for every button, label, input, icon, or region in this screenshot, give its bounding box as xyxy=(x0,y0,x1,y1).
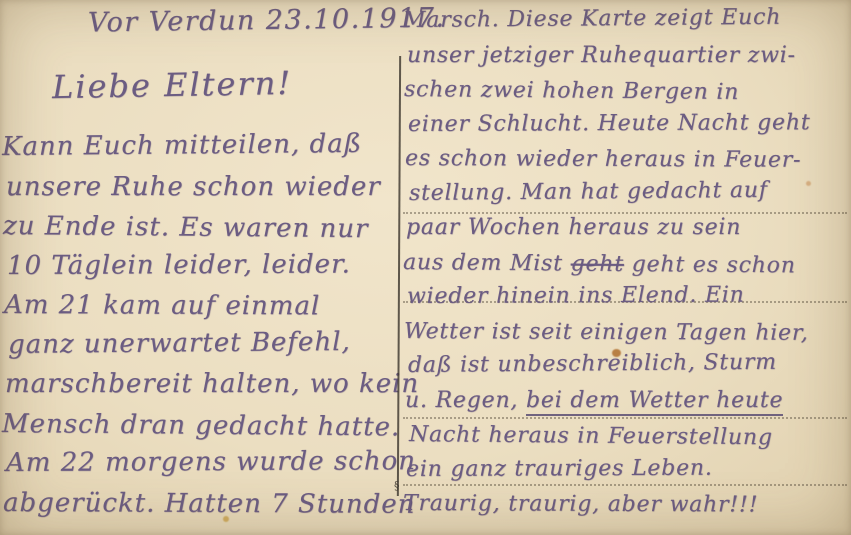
message-column-left: Kann Euch mitteilen, daßunsere Ruhe scho… xyxy=(4,128,428,523)
handwritten-line: ein ganz trauriges Leben. xyxy=(406,451,851,487)
handwritten-text-segment: wieder hinein ins Elend. Ein xyxy=(407,283,745,309)
handwritten-text-segment: bei dem Wetter heute xyxy=(526,388,783,416)
handwritten-text-segment: Wetter ist seit einigen Tagen hier, xyxy=(404,318,809,345)
handwritten-text-segment: Kann Euch mitteilen, daß xyxy=(2,129,362,162)
handwritten-line: Kann Euch mitteilen, daß xyxy=(2,124,426,167)
rust-stain xyxy=(612,349,621,357)
handwritten-line: stellung. Man hat gedacht auf xyxy=(409,173,851,211)
handwritten-text-segment: zu Ende ist. Es waren nur xyxy=(3,211,369,244)
divider-foot-mark: § xyxy=(394,479,400,492)
handwritten-text-segment: aus dem Mist xyxy=(403,249,571,275)
handwritten-text-segment: unser jetziger Ruhequartier zwi- xyxy=(407,43,796,68)
handwritten-text-segment: Am 22 morgens wurde schon xyxy=(6,446,416,478)
handwritten-text-segment: Marsch. Diese Karte zeigt Euch xyxy=(403,5,781,33)
handwritten-text-segment: ganz unerwartet Befehl, xyxy=(8,326,351,359)
handwritten-line: 10 Täglein leider, leider. xyxy=(7,245,431,286)
handwritten-text-segment: Am 21 kam auf einmal xyxy=(4,290,320,321)
postcard-back: Vor Verdun 23.10.1917. Liebe Eltern! Kan… xyxy=(0,0,851,535)
handwritten-line: ganz unerwartet Befehl, xyxy=(8,322,432,365)
handwritten-text-segment: geht es schon xyxy=(624,251,796,277)
handwritten-line: abgerückt. Hatten 7 Stunden xyxy=(3,483,427,524)
handwritten-line: einer Schlucht. Heute Nacht geht xyxy=(408,106,851,142)
handwritten-text-segment: ein ganz trauriges Leben. xyxy=(406,455,713,481)
handwritten-line: Traurig, traurig, aber wahr!!! xyxy=(403,487,849,523)
handwritten-line: zu Ende ist. Es waren nur xyxy=(3,207,427,250)
handwritten-text-segment: paar Wochen heraus zu sein xyxy=(406,215,741,240)
handwritten-line: marschbereit halten, wo kein xyxy=(5,365,429,405)
handwritten-line: daß ist unbeschreiblich, Sturm xyxy=(408,345,851,383)
handwritten-line: unser jetziger Ruhequartier zwi- xyxy=(407,39,851,74)
paper-spot xyxy=(806,181,811,186)
handwritten-line: Am 21 kam auf einmal xyxy=(4,286,428,327)
handwritten-line: unsere Ruhe schon wieder xyxy=(6,168,430,208)
handwritten-line: Am 22 morgens wurde schon xyxy=(6,442,430,483)
handwritten-text-segment: Traurig, traurig, aber wahr!!! xyxy=(403,491,758,518)
handwritten-line: paar Wochen heraus zu sein xyxy=(406,211,851,246)
handwritten-text-segment: u. Regen, xyxy=(405,388,526,413)
handwritten-text-segment: abgerückt. Hatten 7 Stunden xyxy=(3,487,416,519)
message-column-right: Marsch. Diese Karte zeigt Euchunser jetz… xyxy=(405,4,851,522)
handwritten-text-segment: unsere Ruhe schon wieder xyxy=(6,172,381,202)
handwritten-text-segment: Mensch dran gedacht hatte. xyxy=(2,408,400,441)
salutation: Liebe Eltern! xyxy=(52,64,293,106)
handwritten-text-segment: es schon wieder heraus in Feuer- xyxy=(405,146,801,173)
handwritten-text-segment: daß ist unbeschreiblich, Sturm xyxy=(408,350,777,378)
handwritten-line: u. Regen, bei dem Wetter heute xyxy=(405,384,851,419)
handwritten-text-segment: marschbereit halten, wo kein xyxy=(5,369,419,399)
handwritten-text-segment: geht xyxy=(571,251,625,276)
handwritten-text-segment: 10 Täglein leider, leider. xyxy=(7,249,351,281)
paper-spot xyxy=(223,516,229,522)
handwritten-line: wieder hinein ins Elend. Ein xyxy=(407,278,851,314)
dateline: Vor Verdun 23.10.1917. xyxy=(88,3,446,39)
handwritten-text-segment: Nacht heraus in Feuerstellung xyxy=(409,422,773,450)
handwritten-text-segment: schen zwei hohen Bergen in xyxy=(404,77,739,105)
handwritten-text-segment: einer Schlucht. Heute Nacht geht xyxy=(408,110,811,137)
handwritten-text-segment: stellung. Man hat gedacht auf xyxy=(409,177,768,205)
handwritten-line: Marsch. Diese Karte zeigt Euch xyxy=(403,0,849,38)
handwritten-line: Mensch dran gedacht hatte. xyxy=(2,404,426,447)
